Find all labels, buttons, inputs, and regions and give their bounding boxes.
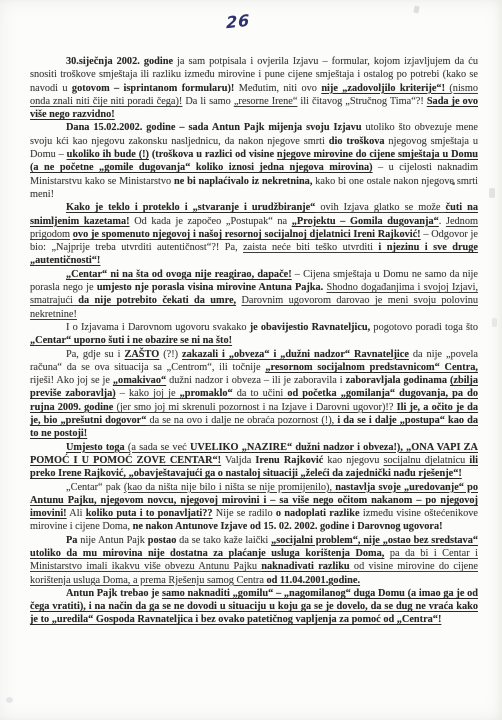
- text-run: „Centar“ uporno šuti i ne obazire se ni …: [30, 335, 232, 346]
- text-run: (?!): [159, 349, 182, 360]
- paragraph: Antun Pajk trebao je samo naknaditi „gom…: [30, 587, 478, 627]
- text-run: .: [439, 216, 446, 227]
- text-run: zaboravljala godinama: [346, 375, 450, 386]
- text-run: Valjda: [221, 455, 255, 466]
- text-run: (jer smo joj mi skrenuli pozornost i na …: [113, 402, 396, 413]
- text-run: I o Izjavama i Darovnom ugovoru svakako: [66, 322, 250, 333]
- text-run: „Centar“ pak: [66, 482, 124, 493]
- text-run: „omakivao“: [113, 375, 166, 386]
- text-run: umjesto nje porasla visina mirovine Antu…: [97, 282, 323, 293]
- text-run: 30.siječnja 2002. godine: [66, 56, 173, 67]
- text-run: da to učini: [233, 388, 288, 399]
- scan-artifact: [413, 6, 419, 14]
- text-run: ovih Izjava glatko se može: [315, 202, 445, 213]
- text-run: ne bi naplaćivalo iz nekretnina,: [174, 176, 312, 187]
- text-run: Antun Pajk trebao je: [66, 588, 162, 599]
- text-run: koliko puta i to ponavljati??: [86, 508, 213, 519]
- document-body: 30.siječnja 2002. godine ja sam potpisal…: [30, 55, 478, 627]
- text-run: nije Antun Pajk: [77, 535, 147, 546]
- text-run: (troškova u razlici od visine: [149, 149, 277, 160]
- text-run: „promaklo“: [180, 388, 233, 399]
- text-run: –: [116, 388, 129, 399]
- text-run: ZAŠTO: [125, 349, 160, 360]
- paragraph: Dana 15.02.2002. godine – sada Antun Paj…: [30, 121, 478, 201]
- text-run: da se tako kaže laički: [176, 535, 271, 546]
- text-run: od 11.04.2001.godine.: [266, 575, 360, 586]
- text-run: Ali: [67, 508, 86, 519]
- text-run: dio troškova: [329, 136, 385, 147]
- text-run: Pa: [66, 535, 77, 546]
- text-run: „Projektu – Gomila dugovanja“: [292, 216, 439, 227]
- scan-artifact: [489, 188, 495, 198]
- paragraph: 30.siječnja 2002. godine ja sam potpisal…: [30, 55, 478, 121]
- text-run: je obavijestio Ravnateljicu,: [250, 322, 371, 333]
- paragraph: Kako je teklo i proteklo i „stvaranje i …: [30, 201, 478, 267]
- paragraph: „Centar“ pak (kao da ništa nije bilo i n…: [30, 481, 478, 534]
- text-run: Irenu Rajković: [255, 455, 323, 466]
- text-run: Umjesto toga: [66, 442, 128, 453]
- text-run: ne nakon Antunove Izjave od 15. 02. 2002…: [133, 521, 443, 532]
- text-run: Međutim, niti ovo: [234, 83, 321, 94]
- text-run: „resornom socijalnom predstavnicom“ Cent…: [265, 362, 478, 373]
- text-run: pogotovo poradi toga što: [370, 322, 478, 333]
- text-run: zakazali i „obveza“ i „dužni nadzor“ Rav…: [182, 349, 409, 360]
- text-run: dužni nadzor i obveza – ili je zaboravil…: [166, 375, 346, 386]
- text-run: ukoliko ih bude (!): [67, 149, 149, 160]
- text-run: Od kada je započeo „Postupak“ na: [130, 216, 292, 227]
- scan-artifact: [6, 697, 13, 703]
- page-number: 26: [226, 11, 250, 33]
- text-run: kao njegovu: [323, 455, 383, 466]
- text-run: riješi! Ako joj se je: [30, 375, 113, 386]
- text-run: kako joj je: [129, 388, 180, 399]
- text-run: „resorne Irene“: [234, 96, 298, 107]
- scanned-document-page: 26 30.siječnja 2002. godine ja sam potpi…: [0, 0, 502, 720]
- text-run: Dana 15.02.2002. godine – sada Antun Paj…: [66, 122, 362, 133]
- text-run: o nadoplati razlike: [276, 508, 360, 519]
- scan-artifact: [492, 318, 497, 327]
- text-run: Pa, gdje su i: [66, 349, 125, 360]
- text-run: ovo je spomenuto njegovoj i našoj resorn…: [73, 229, 421, 240]
- text-run: „Centar“ ni na šta od ovoga nije reagira…: [66, 269, 292, 280]
- text-run: postao: [148, 535, 177, 546]
- text-run: nije „zadovoljilo kriterije“!: [321, 83, 445, 94]
- paragraph: „Centar“ ni na šta od ovoga nije reagira…: [30, 268, 478, 321]
- text-run: gotovom – isprintanom formularu)!: [72, 83, 234, 94]
- paragraph: Pa nije Antun Pajk postao da se tako kaž…: [30, 534, 478, 587]
- paragraph: Umjesto toga (a sada se već UVELIKO „NAZ…: [30, 441, 478, 481]
- text-run: (kao da ništa nije bilo i ništa se nije …: [124, 482, 335, 493]
- paragraph: I o Izjavama i Darovnom ugovoru svakako …: [30, 321, 478, 348]
- text-run: da nije potrebito čekati da umre,: [78, 295, 236, 306]
- text-run: (a sada se već: [128, 442, 190, 453]
- text-run: socijalnu djelatnicu: [384, 455, 470, 466]
- paragraph: Pa, gdje su i ZAŠTO (?!) zakazali i „obv…: [30, 348, 478, 441]
- text-run: Da li samo: [182, 96, 233, 107]
- text-run: da se na ovo i dalje ne obraća pozornost…: [146, 415, 337, 426]
- text-run: Nije se radilo: [213, 508, 276, 519]
- text-run: ili čitavog „Stručnog Tima“?!: [297, 96, 426, 107]
- text-run: zaista neće biti teško utvrditi: [243, 242, 378, 253]
- text-run: naknadivati razliku: [261, 561, 349, 572]
- text-run: Kako je teklo i proteklo i „stvaranje i …: [66, 202, 315, 213]
